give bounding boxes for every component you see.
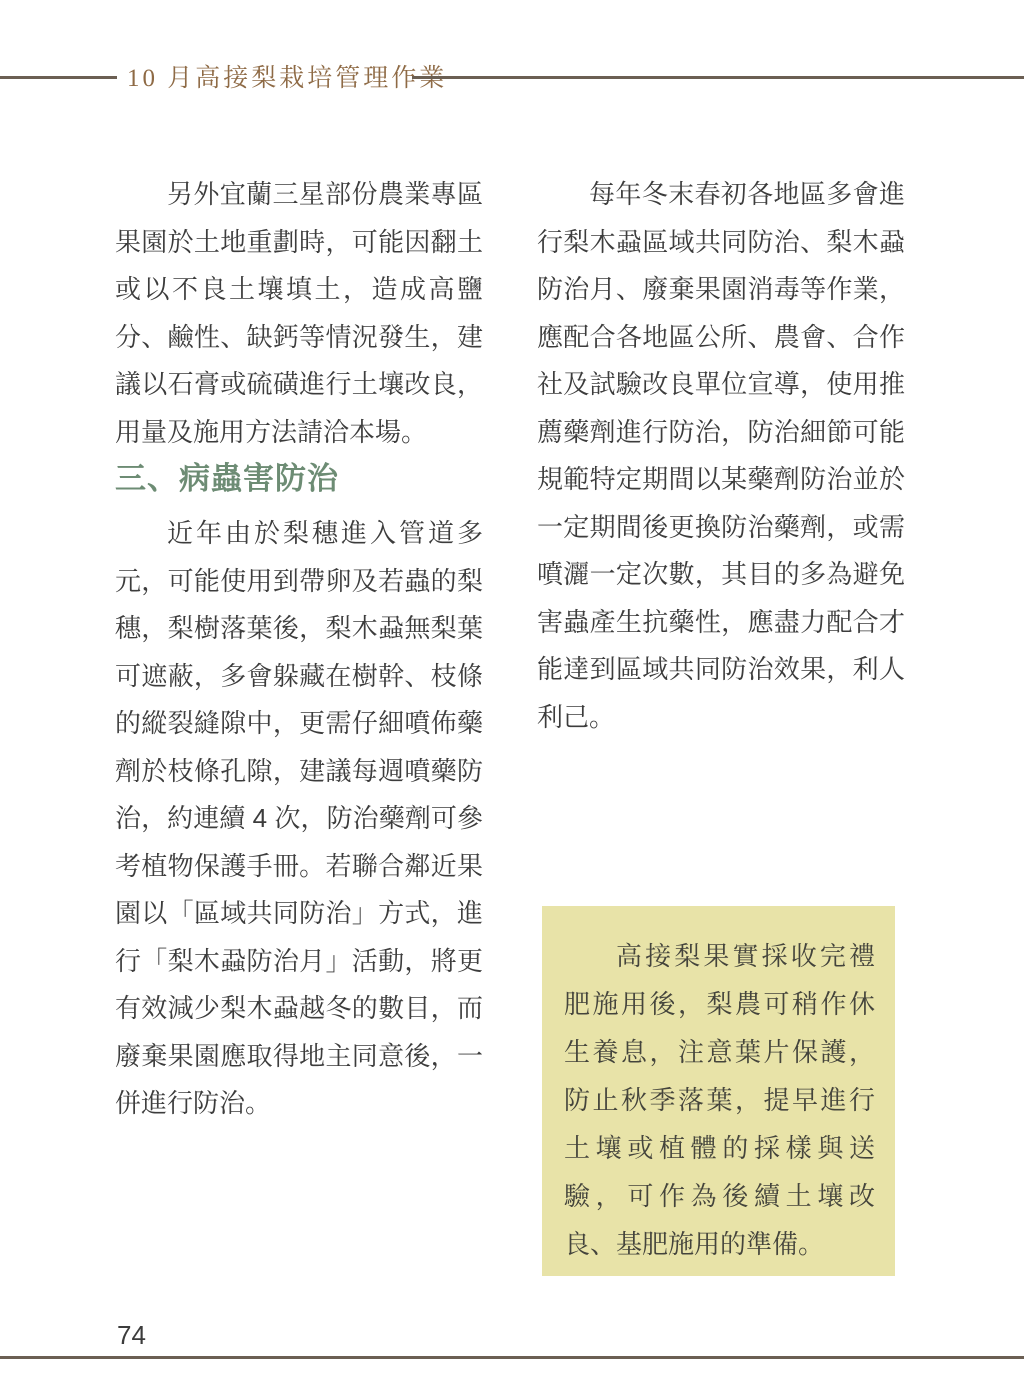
paragraph-pest-control: 近年由於梨穗進入管道多元，可能使用到帶卵及若蟲的梨穗，梨樹落葉後，梨木蝨無梨葉可… — [115, 510, 483, 1128]
page-number: 74 — [117, 1320, 146, 1351]
callout-text: 高接梨果實採收完禮肥施用後，梨農可稍作休生養息，注意葉片保護，防止秋季落葉，提早… — [564, 932, 875, 1268]
paragraph-soil-improvement: 另外宜蘭三星部份農業專區果園於土地重劃時，可能因翻土或以不良土壤填土，造成高鹽分… — [115, 171, 483, 456]
right-column: 每年冬末春初各地區多會進行梨木蝨區域共同防治、梨木蝨防治月、廢棄果園消毒等作業，… — [537, 171, 905, 741]
section-heading-pest-control: 三、病蟲害防治 — [115, 458, 483, 500]
header-rule-left — [0, 76, 117, 79]
page-header-title: 10 月高接梨栽培管理作業 — [127, 58, 447, 94]
header-rule-right — [412, 76, 1024, 79]
left-column: 另外宜蘭三星部份農業專區果園於土地重劃時，可能因翻土或以不良土壤填土，造成高鹽分… — [115, 171, 483, 1128]
callout-box: 高接梨果實採收完禮肥施用後，梨農可稍作休生養息，注意葉片保護，防止秋季落葉，提早… — [542, 906, 895, 1276]
paragraph-regional-control: 每年冬末春初各地區多會進行梨木蝨區域共同防治、梨木蝨防治月、廢棄果園消毒等作業，… — [537, 171, 905, 741]
footer-rule — [0, 1356, 1024, 1359]
